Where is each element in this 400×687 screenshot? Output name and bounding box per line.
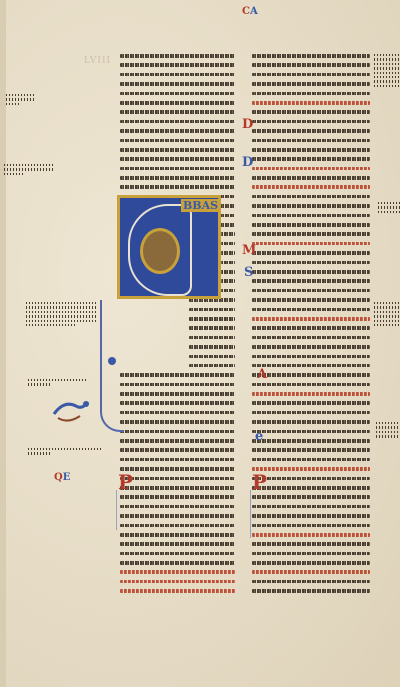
text-line xyxy=(120,157,235,164)
text-line xyxy=(252,148,370,155)
text-line xyxy=(252,373,370,380)
text-line xyxy=(252,383,370,390)
text-line xyxy=(252,139,370,146)
text-line xyxy=(252,157,370,164)
text-line xyxy=(252,392,370,399)
header-letter-c: C xyxy=(242,6,250,17)
text-line xyxy=(252,308,370,315)
initial-p-right: P xyxy=(252,470,267,494)
text-line xyxy=(252,279,370,286)
text-line xyxy=(120,486,235,493)
text-column-right xyxy=(252,52,370,597)
text-line xyxy=(252,242,370,249)
text-line xyxy=(120,308,235,315)
text-line xyxy=(252,251,370,258)
marginal-gloss xyxy=(374,52,400,89)
text-line xyxy=(252,82,370,89)
text-line xyxy=(120,495,235,502)
text-line xyxy=(120,448,235,455)
tail-knot-ornament xyxy=(108,357,116,365)
text-line xyxy=(120,63,235,70)
text-line xyxy=(252,430,370,437)
text-line xyxy=(252,570,370,577)
initial-tail xyxy=(250,490,251,538)
text-line xyxy=(252,458,370,465)
text-line xyxy=(252,214,370,221)
text-line xyxy=(120,176,235,183)
text-line xyxy=(252,176,370,183)
text-line xyxy=(252,261,370,268)
text-line xyxy=(120,101,235,108)
text-line xyxy=(252,542,370,549)
text-line xyxy=(252,495,370,502)
acanthus-flourish-icon xyxy=(52,396,92,426)
text-line xyxy=(120,542,235,549)
text-line xyxy=(252,364,370,371)
text-line xyxy=(252,317,370,324)
text-line xyxy=(120,467,235,474)
initial-s: S xyxy=(244,266,253,279)
text-line xyxy=(120,514,235,521)
text-line xyxy=(252,101,370,108)
text-line xyxy=(120,120,235,127)
initial-m: M xyxy=(242,244,256,257)
text-line xyxy=(252,298,370,305)
text-line xyxy=(120,552,235,559)
text-line xyxy=(252,355,370,362)
text-line xyxy=(252,486,370,493)
text-line xyxy=(120,355,235,362)
initial-p-left: P xyxy=(118,470,133,494)
marginal-gloss xyxy=(376,420,400,440)
text-line xyxy=(120,373,235,380)
marginal-gloss xyxy=(6,92,34,107)
text-line xyxy=(120,54,235,61)
text-line xyxy=(252,204,370,211)
text-line xyxy=(120,129,235,136)
folio-mark: LVIII xyxy=(84,56,111,66)
initial-d-red: D xyxy=(242,118,253,131)
initial-e: e xyxy=(255,430,263,443)
text-line xyxy=(120,524,235,531)
initial-a: A xyxy=(257,368,267,381)
text-line xyxy=(120,148,235,155)
text-line xyxy=(120,167,235,174)
text-line xyxy=(252,92,370,99)
text-column-left xyxy=(120,52,235,597)
text-line xyxy=(120,345,235,352)
text-line xyxy=(120,298,235,305)
text-line xyxy=(120,477,235,484)
text-line xyxy=(252,533,370,540)
text-line xyxy=(252,63,370,70)
text-line xyxy=(252,524,370,531)
text-line xyxy=(120,430,235,437)
text-line xyxy=(120,92,235,99)
marginal-gloss xyxy=(28,446,103,457)
text-line xyxy=(252,289,370,296)
text-line xyxy=(252,505,370,512)
marginal-gloss xyxy=(28,377,88,388)
text-line xyxy=(252,270,370,277)
text-line xyxy=(252,561,370,568)
text-line xyxy=(252,167,370,174)
text-line xyxy=(252,195,370,202)
text-line xyxy=(252,580,370,587)
marginal-gloss xyxy=(374,300,400,328)
text-line xyxy=(120,580,235,587)
text-line xyxy=(120,336,235,343)
initial-tail xyxy=(116,490,117,530)
initial-d-blue: D xyxy=(242,156,253,169)
text-line xyxy=(120,505,235,512)
text-line xyxy=(120,533,235,540)
text-line xyxy=(252,589,370,596)
text-line xyxy=(252,467,370,474)
initial-tail-flourish xyxy=(100,300,124,432)
manuscript-page: CA LVIII BBAS QE D D M S A e P P xyxy=(0,0,400,687)
text-line xyxy=(120,139,235,146)
text-line xyxy=(120,82,235,89)
text-line xyxy=(252,420,370,427)
text-line xyxy=(252,223,370,230)
text-line xyxy=(120,439,235,446)
text-line xyxy=(252,185,370,192)
text-line xyxy=(120,364,235,371)
text-line xyxy=(120,326,235,333)
initial-heading-text: BBAS xyxy=(181,199,220,212)
text-line xyxy=(120,185,235,192)
text-line xyxy=(120,561,235,568)
text-line xyxy=(252,401,370,408)
text-line xyxy=(120,458,235,465)
text-line xyxy=(120,110,235,117)
text-line xyxy=(252,110,370,117)
initial-foliage xyxy=(140,228,180,274)
text-line xyxy=(120,383,235,390)
text-line xyxy=(252,411,370,418)
text-line xyxy=(120,411,235,418)
text-line xyxy=(252,552,370,559)
text-line xyxy=(120,317,235,324)
marginal-gloss xyxy=(26,300,96,328)
text-line xyxy=(120,73,235,80)
text-line xyxy=(252,514,370,521)
text-line xyxy=(252,129,370,136)
running-header: CA xyxy=(242,6,258,17)
text-line xyxy=(252,448,370,455)
text-line xyxy=(252,73,370,80)
marginal-gloss xyxy=(4,162,54,177)
text-line xyxy=(120,589,235,596)
header-letter-a: A xyxy=(250,6,258,17)
text-line xyxy=(252,477,370,484)
text-line xyxy=(252,120,370,127)
text-line xyxy=(252,326,370,333)
text-line xyxy=(252,336,370,343)
text-line xyxy=(252,439,370,446)
text-line xyxy=(252,232,370,239)
text-line xyxy=(252,345,370,352)
text-line xyxy=(120,401,235,408)
margin-initial: QE xyxy=(54,472,70,483)
text-line xyxy=(120,420,235,427)
text-line xyxy=(120,392,235,399)
marginal-gloss xyxy=(378,200,400,215)
text-line xyxy=(252,54,370,61)
text-line xyxy=(120,570,235,577)
